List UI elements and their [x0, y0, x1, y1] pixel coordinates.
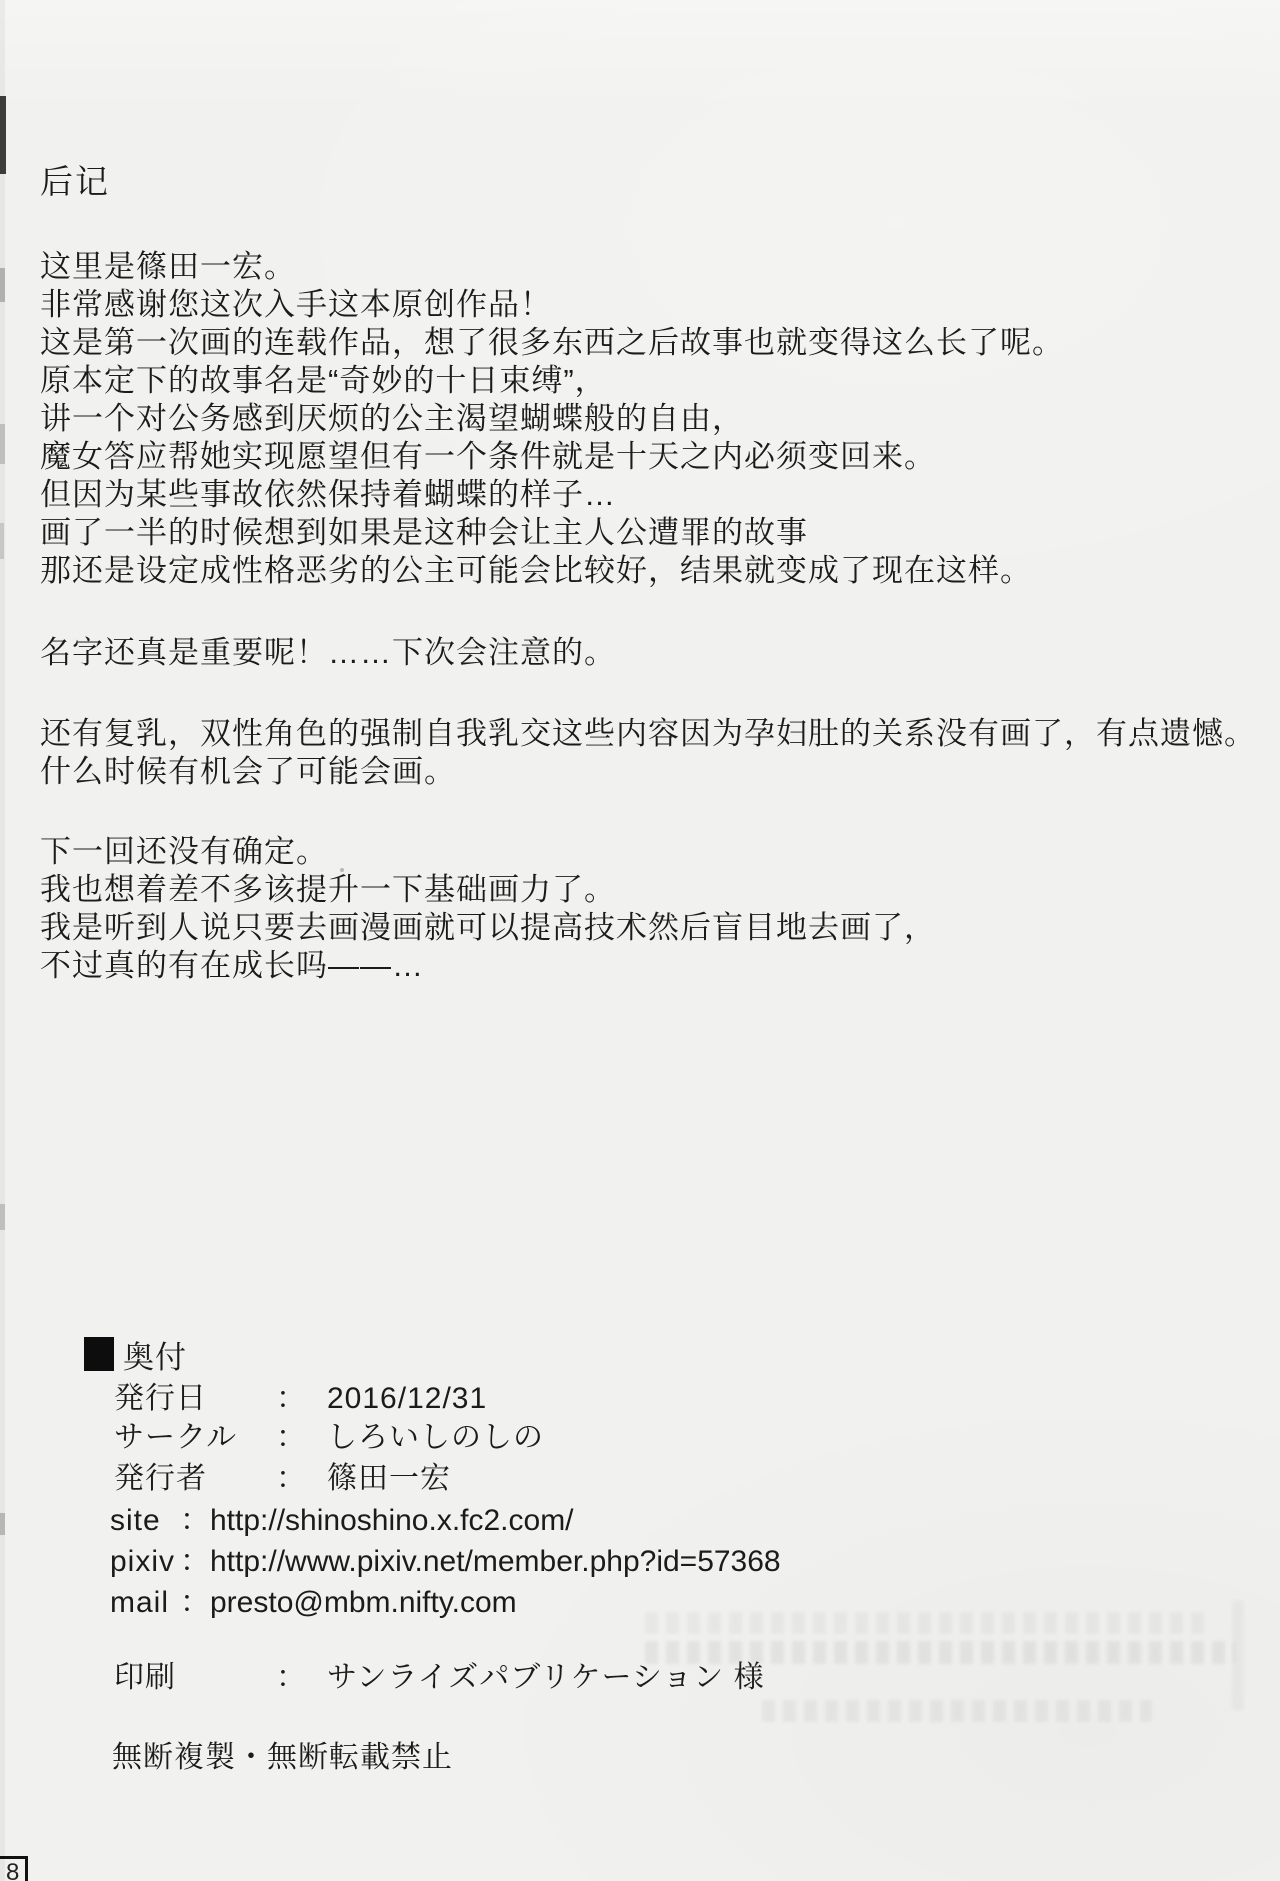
text-line: 这里是篠田一宏。 — [40, 248, 1064, 286]
row-value: しろいしのしの — [327, 1418, 544, 1458]
text-line: 不过真的有在成长吗——… — [40, 947, 936, 985]
row-value: 2016/12/31 — [327, 1379, 487, 1419]
afterword-paragraph-naming: 名字还真是重要呢！……下次会注意的。 — [40, 634, 616, 672]
bleedthrough-text — [645, 1612, 1205, 1634]
row-value: 篠田一宏 — [327, 1459, 451, 1499]
afterword-paragraph-regret: 还有复乳，双性角色的强制自我乳交这些内容因为孕妇肚的关系没有画了，有点遗憾。什么… — [40, 715, 1256, 791]
row-label: 発行者 — [114, 1459, 207, 1499]
row-label: サークル — [114, 1418, 237, 1458]
scan-artifact — [0, 268, 5, 302]
colophon-heading: 奥付 — [84, 1334, 187, 1374]
text-line: 讲一个对公务感到厌烦的公主渴望蝴蝶般的自由， — [40, 400, 1064, 438]
colophon-title: 奥付 — [123, 1332, 187, 1377]
scan-artifact — [0, 1204, 5, 1230]
row-colon: ： — [276, 1658, 306, 1698]
text-line: 原本定下的故事名是“奇妙的十日束缚”， — [40, 362, 1064, 400]
row-colon: ： — [276, 1459, 306, 1499]
row-value: サンライズパブリケーション 様 — [327, 1658, 765, 1698]
text-line: 非常感谢您这次入手这本原创作品！ — [40, 286, 1064, 324]
page-number-badge: 8 — [0, 1856, 28, 1881]
text-line: 什么时候有机会了可能会画。 — [40, 753, 1256, 791]
text-line: 那还是设定成性格恶劣的公主可能会比较好，结果就变成了现在这样。 — [40, 552, 1064, 590]
text-line: 魔女答应帮她实现愿望但有一个条件就是十天之内必须变回来。 — [40, 438, 1064, 476]
row-label: mail — [110, 1583, 169, 1623]
afterword-page: 后记 这里是篠田一宏。非常感谢您这次入手这本原创作品！这是第一次画的连载作品，想… — [0, 0, 1280, 1881]
afterword-paragraph-next: 下一回还没有确定。我也想着差不多该提升一下基础画力了。我是听到人说只要去画漫画就… — [40, 833, 936, 985]
row-label: pixiv — [110, 1542, 175, 1582]
row-colon: ： — [180, 1501, 210, 1541]
bleedthrough-text — [1232, 1600, 1244, 1710]
scan-artifact — [0, 1513, 5, 1535]
page-title: 后记 — [40, 160, 110, 204]
text-line: 我也想着差不多该提升一下基础画力了。 — [40, 871, 936, 909]
text-line: 还有复乳，双性角色的强制自我乳交这些内容因为孕妇肚的关系没有画了，有点遗憾。 — [40, 715, 1256, 753]
text-line: 下一回还没有确定。 — [40, 833, 936, 871]
row-label: 発行日 — [114, 1379, 207, 1419]
text-line: 画了一半的时候想到如果是这种会让主人公遭罪的故事 — [40, 514, 1064, 552]
scan-artifact — [0, 96, 6, 174]
afterword-paragraph-intro: 这里是篠田一宏。非常感谢您这次入手这本原创作品！这是第一次画的连载作品，想了很多… — [40, 248, 1064, 590]
text-line: 这是第一次画的连载作品，想了很多东西之后故事也就变得这么长了呢。 — [40, 324, 1064, 362]
scan-artifact — [340, 868, 344, 872]
text-line: 名字还真是重要呢！……下次会注意的。 — [40, 634, 616, 672]
scan-artifact — [0, 424, 5, 464]
row-label: site — [110, 1501, 161, 1541]
row-value: presto@mbm.nifty.com — [210, 1583, 517, 1623]
text-line: 我是听到人说只要去画漫画就可以提高技术然后盲目地去画了， — [40, 909, 936, 947]
black-square-bullet-icon — [84, 1337, 114, 1371]
row-label: 印刷 — [114, 1658, 176, 1698]
text-line: 但因为某些事故依然保持着蝴蝶的样子… — [40, 476, 1064, 514]
row-value: http://shinoshino.x.fc2.com/ — [210, 1501, 574, 1541]
row-colon: ： — [276, 1379, 306, 1419]
copyright-notice: 無断複製・無断転載禁止 — [112, 1738, 453, 1778]
row-value: http://www.pixiv.net/member.php?id=57368 — [210, 1542, 781, 1582]
scan-artifact — [0, 523, 4, 559]
row-colon: ： — [180, 1583, 210, 1623]
row-colon: ： — [276, 1418, 306, 1458]
bleedthrough-text — [762, 1700, 1152, 1722]
row-colon: ： — [180, 1542, 210, 1582]
